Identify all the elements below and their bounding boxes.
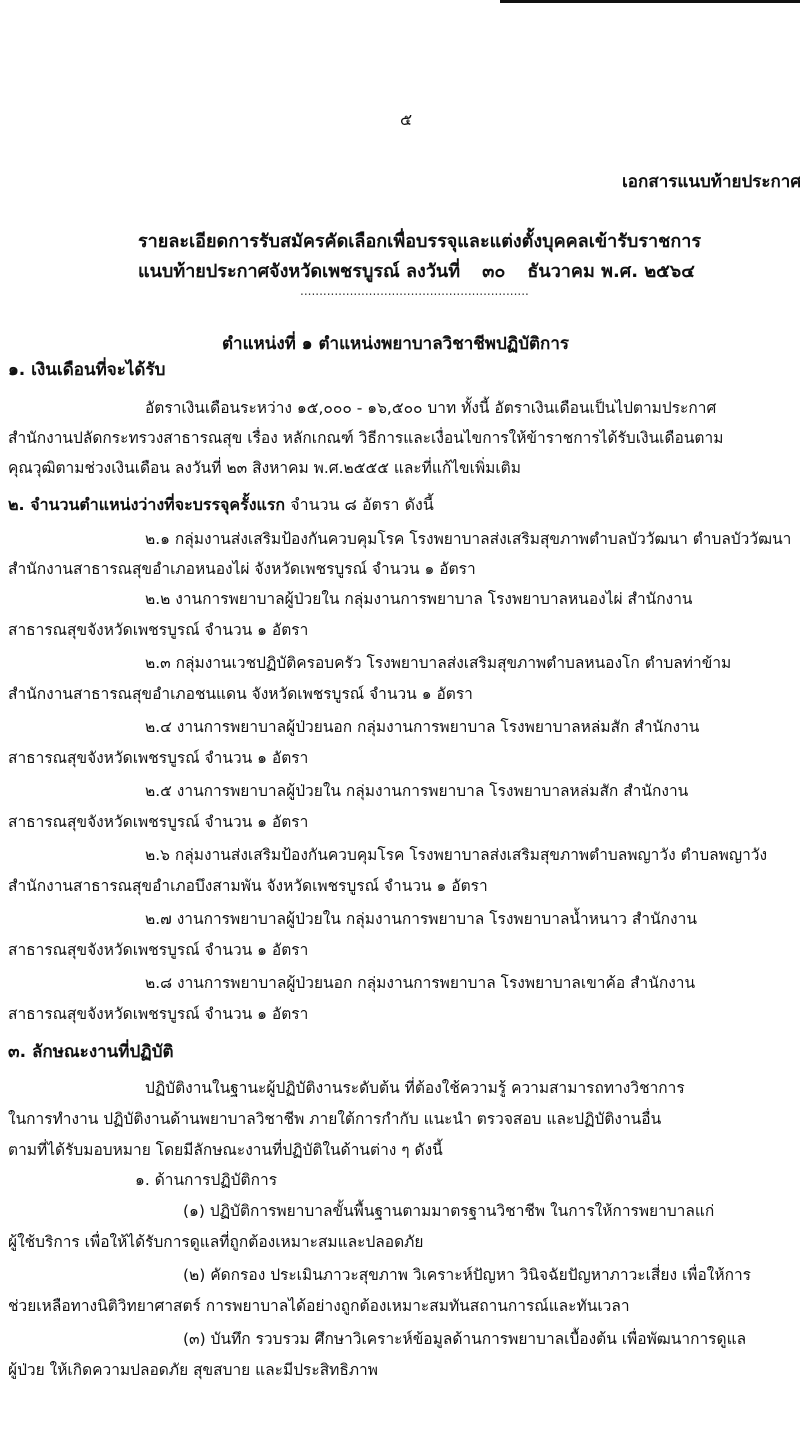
vacancy-item-line2: สาธารณสุขจังหวัดเพชรบูรณ์ จำนวน ๑ อัตรา <box>8 809 308 834</box>
separator-dots: ........................................… <box>300 284 529 298</box>
section2-heading-rest: จำนวน ๘ อัตรา ดังนี้ <box>285 495 434 514</box>
section3-intro-line: ในการทำงาน ปฏิบัติงานด้านพยาบาลวิชาชีพ ภ… <box>8 1106 661 1131</box>
duty-item-line2: ผู้ใช้บริการ เพื่อให้ได้รับการดูแลที่ถูก… <box>8 1229 423 1254</box>
document-title-line2: แนบท้ายประกาศจังหวัดเพชรบูรณ์ ลงวันที่๓๐… <box>138 256 695 285</box>
section3-subheading: ๑. ด้านการปฏิบัติการ <box>135 1167 277 1192</box>
vacancy-item-line1: ๒.๕ งานการพยาบาลผู้ป่วยใน กลุ่มงานการพยา… <box>145 778 688 803</box>
section1-line: สำนักงานปลัดกระทรวงสาธารณสุข เรื่อง หลัก… <box>8 425 723 450</box>
vacancy-item-line1: ๒.๑ กลุ่มงานส่งเสริมป้องกันควบคุมโรค โรง… <box>145 526 791 551</box>
section1-heading: ๑. เงินเดือนที่จะได้รับ <box>8 356 165 383</box>
duty-item-line2: ช่วยเหลือทางนิติวิทยาศาสตร์ การพยาบาลได้… <box>8 1293 630 1318</box>
scan-border-line <box>500 0 800 3</box>
vacancy-item-line1: ๒.๒ งานการพยาบาลผู้ป่วยใน กลุ่มงานการพยา… <box>145 586 693 611</box>
title-announcement: แนบท้ายประกาศจังหวัดเพชรบูรณ์ ลงวันที่ <box>138 261 460 282</box>
duty-item-line1: (๓) บันทึก รวบรวม ศึกษาวิเคราะห์ข้อมูลด้… <box>183 1326 746 1351</box>
duty-item-line2: ผู้ป่วย ให้เกิดความปลอดภัย สุขสบาย และมี… <box>8 1357 378 1382</box>
vacancy-item-line2: สาธารณสุขจังหวัดเพชรบูรณ์ จำนวน ๑ อัตรา <box>8 617 308 642</box>
vacancy-item-line1: ๒.๔ งานการพยาบาลผู้ป่วยนอก กลุ่มงานการพย… <box>145 714 699 739</box>
section3-intro-line: ตามที่ได้รับมอบหมาย โดยมีลักษณะงานที่ปฏิ… <box>8 1137 443 1162</box>
vacancy-item-line1: ๒.๘ งานการพยาบาลผู้ป่วยนอก กลุ่มงานการพย… <box>145 970 695 995</box>
section1-line: คุณวุฒิตามช่วงเงินเดือน ลงวันที่ ๒๓ สิงห… <box>8 455 521 480</box>
vacancy-item-line2: สำนักงานสาธารณสุขอำเภอหนองไผ่ จังหวัดเพช… <box>8 556 476 581</box>
vacancy-item-line2: สาธารณสุขจังหวัดเพชรบูรณ์ จำนวน ๑ อัตรา <box>8 1001 308 1026</box>
title-month-year: ธันวาคม พ.ศ. ๒๕๖๔ <box>527 261 694 282</box>
section3-intro-line: ปฏิบัติงานในฐานะผู้ปฏิบัติงานระดับต้น ที… <box>145 1075 685 1100</box>
vacancy-item-line2: สำนักงานสาธารณสุขอำเภอชนแดน จังหวัดเพชรบ… <box>8 681 473 706</box>
vacancy-item-line1: ๒.๓ กลุ่มงานเวชปฏิบัติครอบครัว โรงพยาบาล… <box>145 650 731 675</box>
vacancy-item-line2: สำนักงานสาธารณสุขอำเภอบึงสามพัน จังหวัดเ… <box>8 873 488 898</box>
duty-item-line1: (๒) คัดกรอง ประเมินภาวะสุขภาพ วิเคราะห์ป… <box>183 1262 751 1287</box>
duty-item-line1: (๑) ปฏิบัติการพยาบาลขั้นพื้นฐานตามมาตรฐา… <box>183 1198 714 1223</box>
vacancy-item-line1: ๒.๖ กลุ่มงานส่งเสริมป้องกันควบคุมโรค โรง… <box>145 842 767 867</box>
section1-line: อัตราเงินเดือนระหว่าง ๑๕,๐๐๐ - ๑๖,๕๐๐ บา… <box>145 395 716 420</box>
attachment-label: เอกสารแนบท้ายประกาศ <box>622 168 800 195</box>
section2-heading: ๒. จำนวนตำแหน่งว่างที่จะบรรจุครั้งแรก จำ… <box>8 493 434 518</box>
section3-heading: ๓. ลักษณะงานที่ปฏิบัติ <box>8 1038 174 1065</box>
vacancy-item-line1: ๒.๗ งานการพยาบาลผู้ป่วยใน กลุ่มงานการพยา… <box>145 906 697 931</box>
title-day: ๓๐ <box>482 261 505 282</box>
position-title: ตำแหน่งที่ ๑ ตำแหน่งพยาบาลวิชาชีพปฏิบัติ… <box>222 330 569 357</box>
vacancy-item-line2: สาธารณสุขจังหวัดเพชรบูรณ์ จำนวน ๑ อัตรา <box>8 745 308 770</box>
vacancy-item-line2: สาธารณสุขจังหวัดเพชรบูรณ์ จำนวน ๑ อัตรา <box>8 937 308 962</box>
section2-heading-bold: ๒. จำนวนตำแหน่งว่างที่จะบรรจุครั้งแรก <box>8 495 285 514</box>
document-title-line1: รายละเอียดการรับสมัครคัดเลือกเพื่อบรรจุแ… <box>138 226 701 255</box>
page-number: ๕ <box>400 108 412 133</box>
